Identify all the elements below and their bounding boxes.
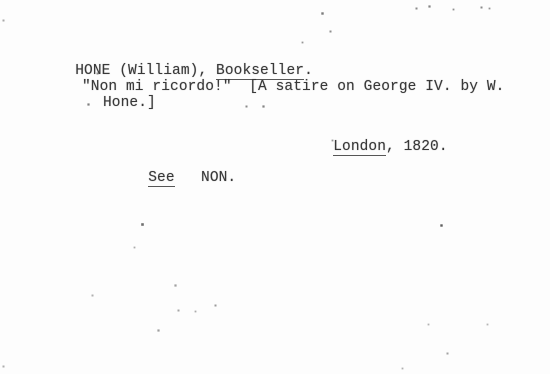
imprint-place-underlined: London [333,139,386,156]
imprint-line: London, 1820. [298,123,448,171]
see-word-underlined: See [148,170,174,187]
heading-period: . [304,63,313,79]
heading-author: HONE (William), [75,63,216,79]
see-reference-line: See NON. [113,154,236,202]
scan-specks-light [0,0,1,1]
title-line-2: Hone.] [103,95,156,111]
catalog-card: HONE (William), Bookseller. "Non mi rico… [0,0,550,374]
title-line-1: "Non mi ricordo!" [A satire on George IV… [82,79,504,95]
heading-role-underlined: Bookseller [216,63,304,80]
imprint-rest: , 1820. [386,139,448,155]
scan-specks-dark [0,0,1,1]
see-target: NON. [175,170,237,186]
